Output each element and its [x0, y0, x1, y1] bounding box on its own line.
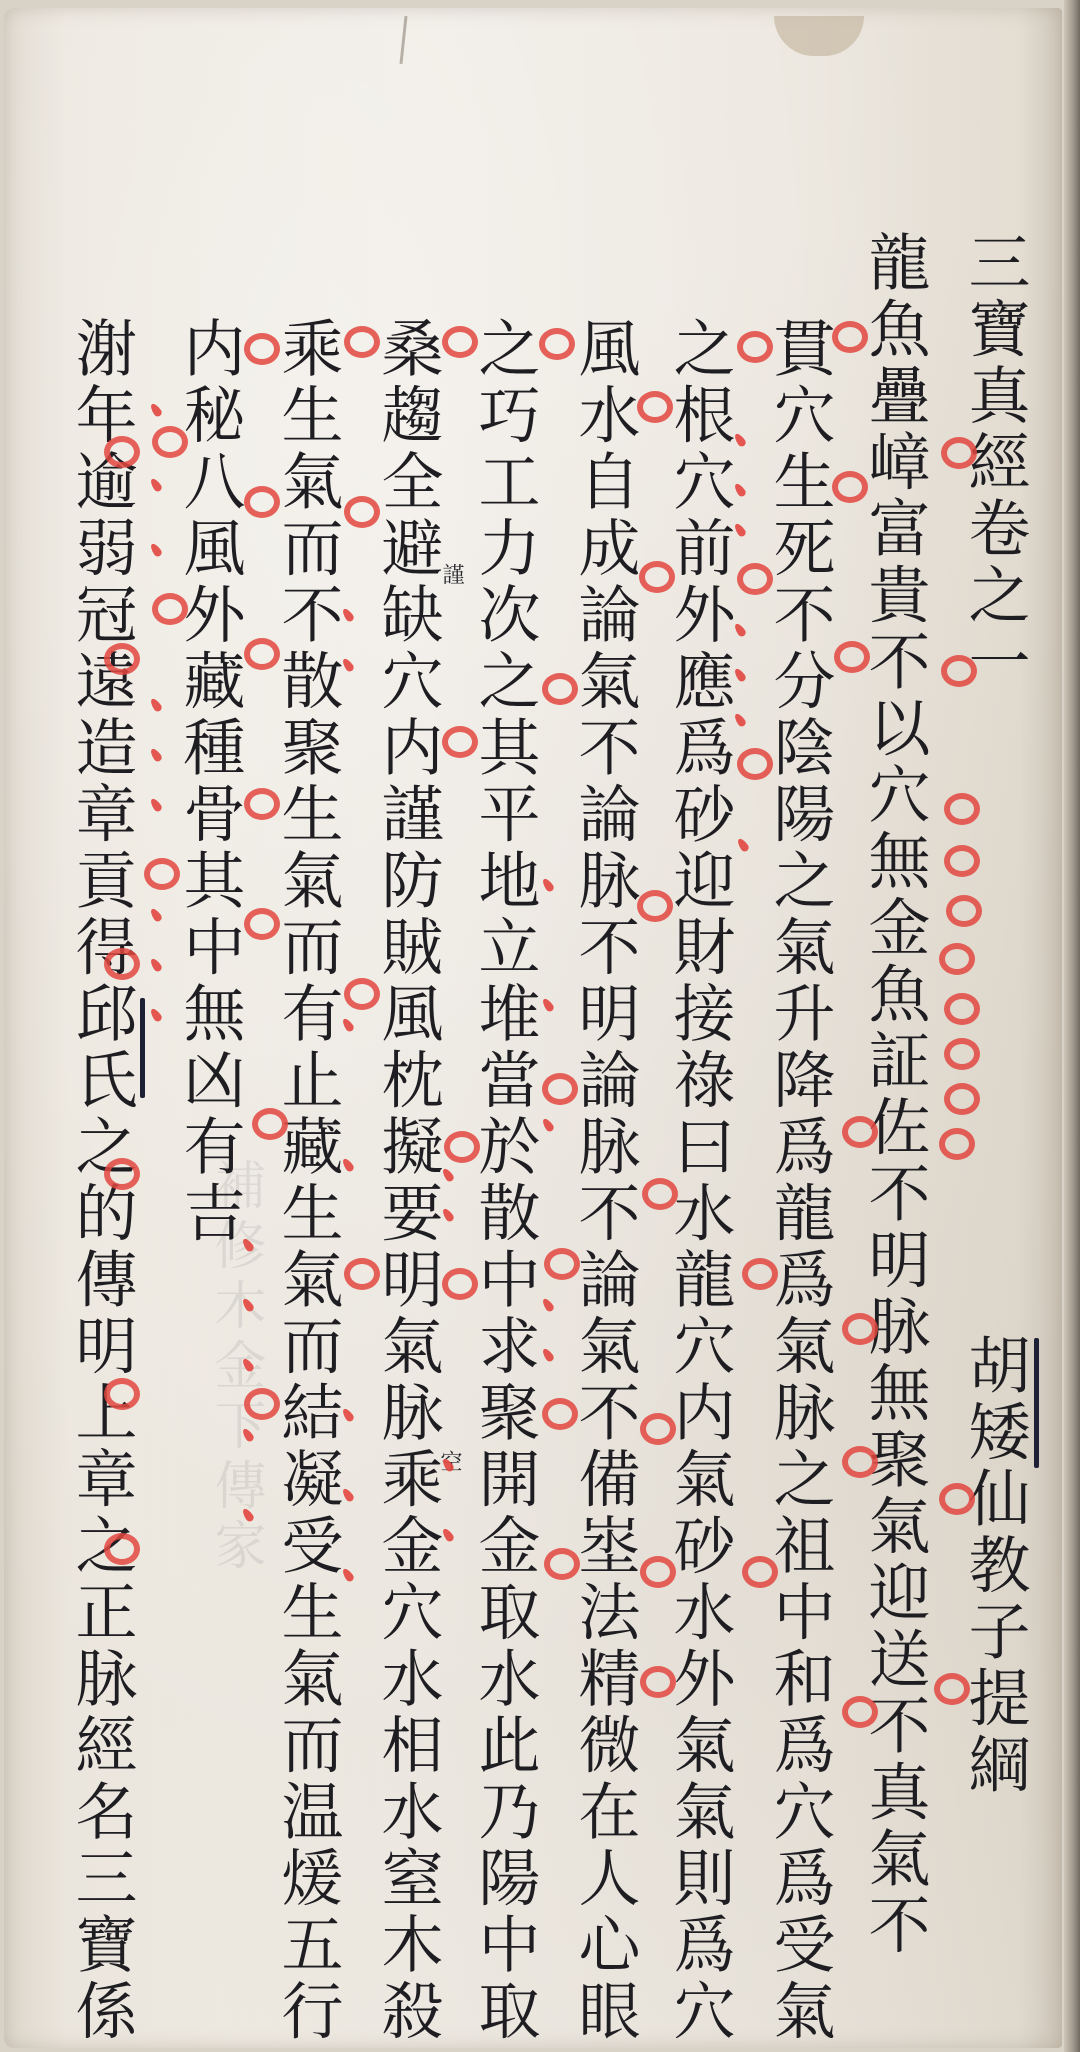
- text-column-7: 桑趨全避缺穴内謹防賊風枕擬要明氣脉乘金穴水相水窒木殺: [372, 316, 442, 2045]
- red-circle-mark: [252, 1108, 288, 1140]
- red-circle-mark: [244, 333, 280, 365]
- red-circle-mark: [640, 1556, 676, 1588]
- red-circle-mark: [946, 895, 982, 927]
- red-circle-mark: [737, 748, 773, 780]
- red-circle-mark: [244, 1388, 280, 1420]
- red-circle-mark: [104, 948, 140, 980]
- red-circle-mark: [637, 890, 673, 922]
- red-circle-mark: [842, 1696, 878, 1728]
- red-circle-mark: [640, 1413, 676, 1445]
- red-circle-mark: [834, 641, 870, 673]
- red-circle-mark: [104, 1158, 140, 1190]
- red-circle-mark: [832, 321, 868, 353]
- manuscript-page: 補修木金下傳家 三寶真經卷之一 胡矮仙教子提綱 龍魚疊嶂富貴不以穴無金魚証佐不明…: [4, 8, 1062, 2048]
- red-circle-mark: [542, 1073, 578, 1105]
- red-circle-mark: [539, 328, 575, 360]
- red-circle-mark: [637, 391, 673, 423]
- red-dot-mark: [149, 477, 164, 493]
- red-circle-mark: [944, 1038, 980, 1070]
- red-circle-mark: [941, 655, 977, 687]
- red-dot-mark: [149, 402, 164, 418]
- red-circle-mark: [944, 793, 980, 825]
- red-circle-mark: [344, 1258, 380, 1290]
- red-dot-mark: [541, 997, 556, 1013]
- red-circle-mark: [842, 1313, 878, 1345]
- red-dot-mark: [149, 1007, 164, 1023]
- red-circle-mark: [344, 326, 380, 358]
- red-circle-mark: [939, 1483, 975, 1515]
- author-line: 胡矮仙教子提綱: [959, 1333, 1029, 1799]
- text-column-8: 乘生氣而不散聚生氣而有止藏生氣而結凝受生氣而温煖五行: [272, 316, 342, 2045]
- book-spine-edge: [1064, 0, 1080, 2052]
- red-dot-mark: [541, 1347, 556, 1363]
- red-circle-mark: [442, 726, 478, 758]
- red-circle-mark: [104, 436, 140, 468]
- paper-stain: [774, 16, 864, 56]
- text-column-6: 之巧工力次之其平地立堆當於散中求聚開金取水此乃陽中取: [469, 316, 539, 2045]
- red-circle-mark: [939, 943, 975, 975]
- red-dot-mark: [149, 747, 164, 763]
- red-circle-mark: [152, 426, 188, 458]
- red-circle-mark: [244, 486, 280, 518]
- red-circle-mark: [152, 593, 188, 625]
- red-circle-mark: [344, 496, 380, 528]
- red-circle-mark: [842, 1116, 878, 1148]
- red-dot-mark: [149, 542, 164, 558]
- red-circle-mark: [542, 673, 578, 705]
- red-circle-mark: [542, 1398, 578, 1430]
- red-circle-mark: [842, 1446, 878, 1478]
- red-circle-mark: [244, 638, 280, 670]
- manuscript-photo: 補修木金下傳家 三寶真經卷之一 胡矮仙教子提綱 龍魚疊嶂富貴不以穴無金魚証佐不明…: [0, 0, 1080, 2052]
- red-circle-mark: [639, 561, 675, 593]
- red-circle-mark: [944, 845, 980, 877]
- red-circle-mark: [642, 1178, 678, 1210]
- red-circle-mark: [742, 1258, 778, 1290]
- red-circle-mark: [544, 1548, 580, 1580]
- red-circle-mark: [442, 326, 478, 358]
- red-circle-mark: [244, 908, 280, 940]
- red-circle-mark: [944, 993, 980, 1025]
- paper-tear: [399, 16, 407, 64]
- red-circle-mark: [742, 1556, 778, 1588]
- red-circle-mark: [344, 978, 380, 1010]
- red-circle-mark: [944, 1083, 980, 1115]
- red-circle-mark: [941, 437, 977, 469]
- red-dot-mark: [149, 797, 164, 813]
- red-dot-mark: [149, 907, 164, 923]
- proper-name-mark: [1034, 1338, 1039, 1468]
- red-circle-mark: [442, 1268, 478, 1300]
- red-circle-mark: [832, 471, 868, 503]
- red-circle-mark: [640, 1666, 676, 1698]
- text-column-9: 内秘八風外藏種骨其中無凶有吉: [174, 316, 244, 1247]
- red-circle-mark: [939, 1128, 975, 1160]
- red-circle-mark: [104, 1533, 140, 1565]
- red-circle-mark: [934, 1673, 970, 1705]
- red-circle-mark: [737, 331, 773, 363]
- text-column-5: 風水自成論氣不論脉不明論脉不論氣不備埊法精微在人心眼: [569, 316, 639, 2045]
- annotation-jin: 謹: [436, 563, 467, 585]
- red-circle-mark: [244, 788, 280, 820]
- red-circle-mark: [104, 1378, 140, 1410]
- red-dot-mark: [541, 877, 556, 893]
- red-circle-mark: [444, 1131, 480, 1163]
- red-circle-mark: [544, 1248, 580, 1280]
- red-circle-mark: [144, 858, 180, 890]
- red-dot-mark: [541, 1117, 556, 1133]
- red-dot-mark: [736, 837, 751, 853]
- red-circle-mark: [737, 563, 773, 595]
- red-dot-mark: [149, 957, 164, 973]
- red-circle-mark: [104, 643, 140, 675]
- proper-name-mark: [140, 998, 145, 1098]
- text-column-3: 貫穴生死不分陰陽之氣升降爲龍爲氣脉之祖中和爲穴爲受氣: [764, 316, 834, 2045]
- red-dot-mark: [541, 1297, 556, 1313]
- red-dot-mark: [149, 697, 164, 713]
